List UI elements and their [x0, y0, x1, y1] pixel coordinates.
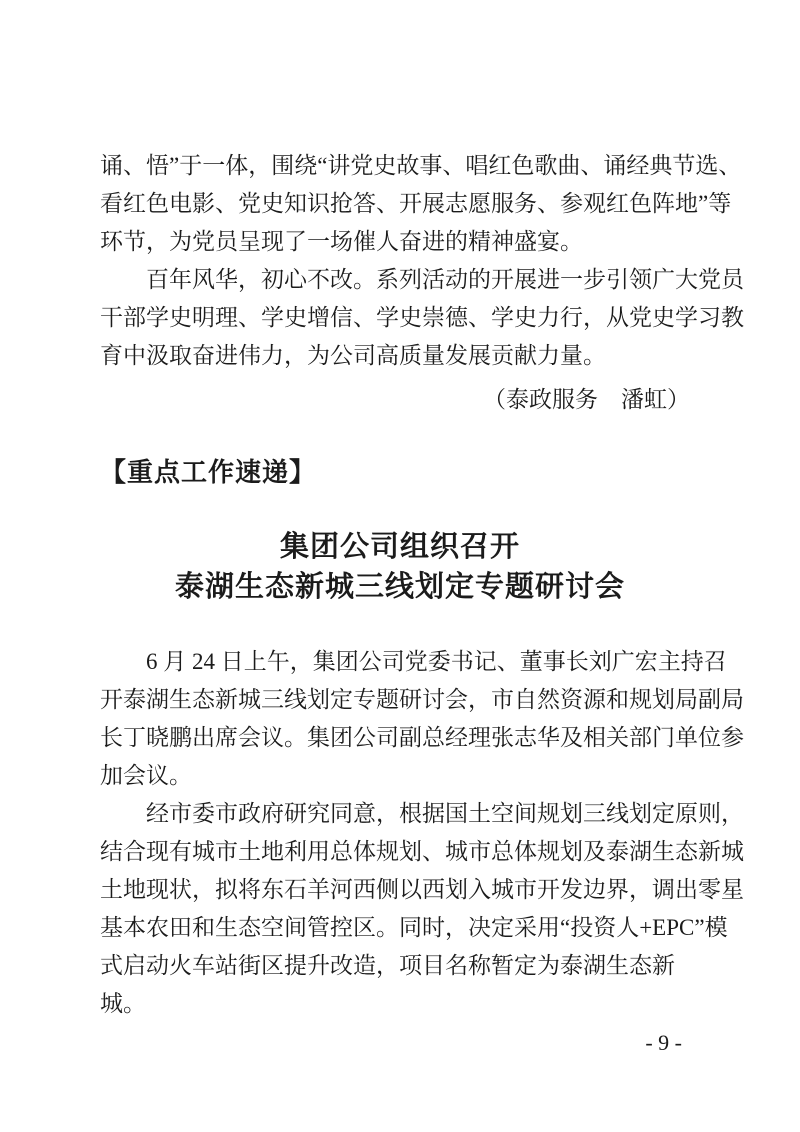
page-content: 诵、悟”于一体，围绕“讲党史故事、唱红色歌曲、诵经典节选、 看红色电影、党史知识…: [100, 147, 700, 1023]
paragraph-line: 经市委市政府研究同意，根据国土空间规划三线划定原则，: [100, 795, 700, 833]
paragraph-line: 6 月 24 日上午，集团公司党委书记、董事长刘广宏主持召: [100, 643, 700, 681]
attribution-line: （泰政服务 潘虹）: [100, 381, 700, 419]
paragraph-line: 干部学史明理、学史增信、学史崇德、学史力行，从党史学习教: [100, 299, 700, 337]
article-title-line-1: 集团公司组织召开: [100, 527, 700, 567]
article-paragraph-1: 6 月 24 日上午，集团公司党委书记、董事长刘广宏主持召 开泰湖生态新城三线划…: [100, 643, 700, 795]
paragraph-line: 长丁晓鹏出席会议。集团公司副总经理张志华及相关部门单位参: [100, 719, 700, 757]
paragraph-line: 育中汲取奋进伟力，为公司高质量发展贡献力量。: [100, 337, 700, 375]
continuation-paragraph: 诵、悟”于一体，围绕“讲党史故事、唱红色歌曲、诵经典节选、 看红色电影、党史知识…: [100, 147, 700, 261]
paragraph-line: 诵、悟”于一体，围绕“讲党史故事、唱红色歌曲、诵经典节选、: [100, 147, 700, 185]
article-title: 集团公司组织召开 泰湖生态新城三线划定专题研讨会: [100, 527, 700, 607]
article-title-line-2: 泰湖生态新城三线划定专题研讨会: [100, 567, 700, 607]
paragraph-line: 基本农田和生态空间管控区。同时，决定采用“投资人+EPC”模: [100, 909, 700, 947]
paragraph-line: 看红色电影、党史知识抢答、开展志愿服务、参观红色阵地”等: [100, 185, 700, 223]
article-paragraph-2: 经市委市政府研究同意，根据国土空间规划三线划定原则， 结合现有城市土地利用总体规…: [100, 795, 700, 1023]
section-heading: 【重点工作速递】: [100, 453, 700, 493]
paragraph-line: 土地现状，拟将东石羊河西侧以西划入城市开发边界，调出零星: [100, 871, 700, 909]
paragraph-line: 开泰湖生态新城三线划定专题研讨会，市自然资源和规划局副局: [100, 681, 700, 719]
page-number: - 9 -: [645, 1028, 682, 1058]
paragraph-line: 百年风华，初心不改。系列活动的开展进一步引领广大党员: [100, 261, 700, 299]
paragraph-line: 加会议。: [100, 757, 700, 795]
paragraph-line: 环节，为党员呈现了一场催人奋进的精神盛宴。: [100, 223, 700, 261]
paragraph-line: 结合现有城市土地利用总体规划、城市总体规划及泰湖生态新城: [100, 833, 700, 871]
document-page: 诵、悟”于一体，围绕“讲党史故事、唱红色歌曲、诵经典节选、 看红色电影、党史知识…: [0, 0, 800, 1132]
paragraph-line: 式启动火车站街区提升改造，项目名称暂定为泰湖生态新城。: [100, 947, 700, 1023]
closing-paragraph: 百年风华，初心不改。系列活动的开展进一步引领广大党员 干部学史明理、学史增信、学…: [100, 261, 700, 375]
